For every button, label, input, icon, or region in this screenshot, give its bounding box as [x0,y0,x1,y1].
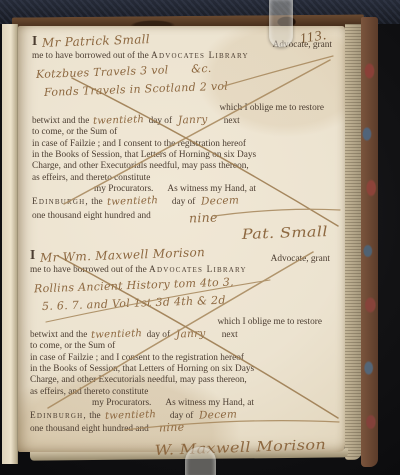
borrower-name: Mr Patrick Small [42,33,150,50]
oblige-line: which I oblige me to restore [30,317,332,328]
year-handwritten: nine [189,212,218,224]
borrower-name: Mr Wm. Maxwell Morison [40,246,205,265]
year-line: one thousand eight hundred andnine [32,208,334,222]
failzie-line: as effeirs, and thereto constitute [30,387,332,398]
page-holder-clip-bottom [185,447,216,475]
day-of-text: day of [170,411,194,421]
day-of-text: day of [149,116,173,126]
opening-letter: I [30,248,35,262]
betwixt-text: betwixt and the [30,330,87,340]
return-date-line: betwixt and thetwentiethday ofJanrynext [32,115,334,127]
borrowed-text: me to have borrowed out of the [30,265,149,275]
signed-day-handwritten: twentieth [104,409,156,422]
failzie-line: Charge, and other Executorials needful, … [30,375,332,386]
year-line: one thousand eight hundred andnine [30,422,332,435]
next-text: next [222,330,238,340]
book-title-line: Fonds Travels in Scotland 2 vol [32,80,229,101]
opening-letter: I [32,34,37,48]
failzie-line: as effeirs, and thereto constitute [32,173,334,184]
failzie-line: Charge, and other Executorials needful, … [32,161,334,172]
oblige-line: which I oblige me to restore [32,103,334,114]
procurators-line: my Procurators. As witness my Hand, at [32,184,334,195]
the-text: the [91,197,102,207]
procurators-text: my Procurators. [92,398,151,409]
signature-line: Pat. Small [32,224,334,241]
sum-line: to come, or the Sum of [30,341,332,352]
signature-line: W. Maxwell Morison [30,437,332,454]
return-day-handwritten: twentieth [91,328,143,341]
failzie-line: in case of Failzie ; and I consent to th… [30,353,332,364]
book-cover-marbled-edge [361,17,378,467]
failzie-line: in the Books of Session, that Letters of… [32,150,334,161]
borrowed-line: me to have borrowed out of the Advocates… [32,51,334,62]
borrowed-line: me to have borrowed out of the Advocates… [30,265,332,276]
library-name: Advocates Library [149,265,247,275]
failzie-line: in case of Failzie ; and I consent to th… [32,139,334,150]
edinburgh-text: Edinburgh, [32,197,89,207]
year-text: one thousand eight hundred and [32,211,151,221]
signed-month-handwritten: Decem [201,195,240,208]
signing-date-line: Edinburgh, thetwentiethday ofDecem [32,196,334,208]
register-page: 113. I Mr Patrick Small Advocate, grant … [18,26,345,452]
day-of-text: day of [172,197,196,207]
failzie-line: in the Books of Session, that Letters of… [30,364,332,375]
day-of-text: day of [147,330,171,340]
return-month-handwritten: Janry [176,328,206,340]
borrowed-text: me to have borrowed out of the [32,51,151,61]
the-text: the [89,411,100,421]
year-text: one thousand eight hundred and [30,424,149,434]
witness-text: As witness my Hand, at [165,398,254,409]
signed-day-handwritten: twentieth [106,195,158,208]
advocate-label: Advocate, grant [271,254,332,265]
signed-month-handwritten: Decem [199,409,238,422]
next-text: next [224,116,240,126]
facing-page-edge [2,24,18,464]
return-date-line: betwixt and thetwentiethday ofJanrynext [30,329,332,341]
witness-text: As witness my Hand, at [167,184,256,195]
book-title-line: Kotzbues Travels 3 vol &c. [32,62,212,82]
edinburgh-text: Edinburgh, [30,411,87,421]
borrow-entry-2: I Mr Wm. Maxwell Morison Advocate, grant… [30,248,332,454]
procurators-line: my Procurators. As witness my Hand, at [30,398,332,409]
book-title-line: 5. 6. 7. and Vol 1st 3d 4th & 2d [30,294,226,315]
book-fore-edge [345,24,362,460]
sum-line: to come, or the Sum of [32,127,334,138]
betwixt-text: betwixt and the [32,116,89,126]
library-name: Advocates Library [151,51,249,61]
borrow-entry-1: I Mr Patrick Small Advocate, grant me to… [32,34,334,241]
return-month-handwritten: Janry [178,114,208,126]
borrower-signature: Pat. Small [242,224,329,243]
year-handwritten: nine [159,422,185,434]
procurators-text: my Procurators. [94,184,153,195]
return-day-handwritten: twentieth [93,114,145,127]
page-holder-clip-top [269,0,293,47]
